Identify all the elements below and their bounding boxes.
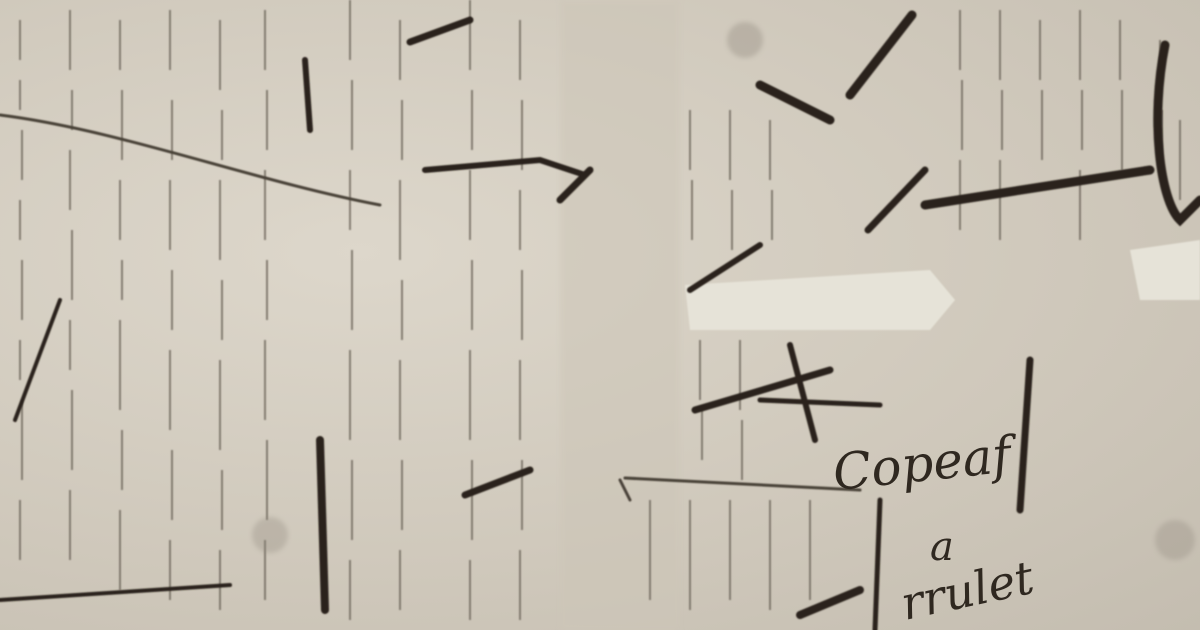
handwritten-words: Copeaf a rrulet (830, 425, 1039, 630)
word-copeaf: Copeaf (830, 425, 1021, 502)
word-rrulet: rrulet (896, 550, 1039, 630)
paper-patch (685, 270, 955, 330)
manuscript-image: Copeaf a rrulet Close-up of a faded hand… (0, 0, 1200, 630)
word-a: a (930, 524, 954, 570)
manuscript-drawing: Copeaf a rrulet (0, 0, 1200, 630)
